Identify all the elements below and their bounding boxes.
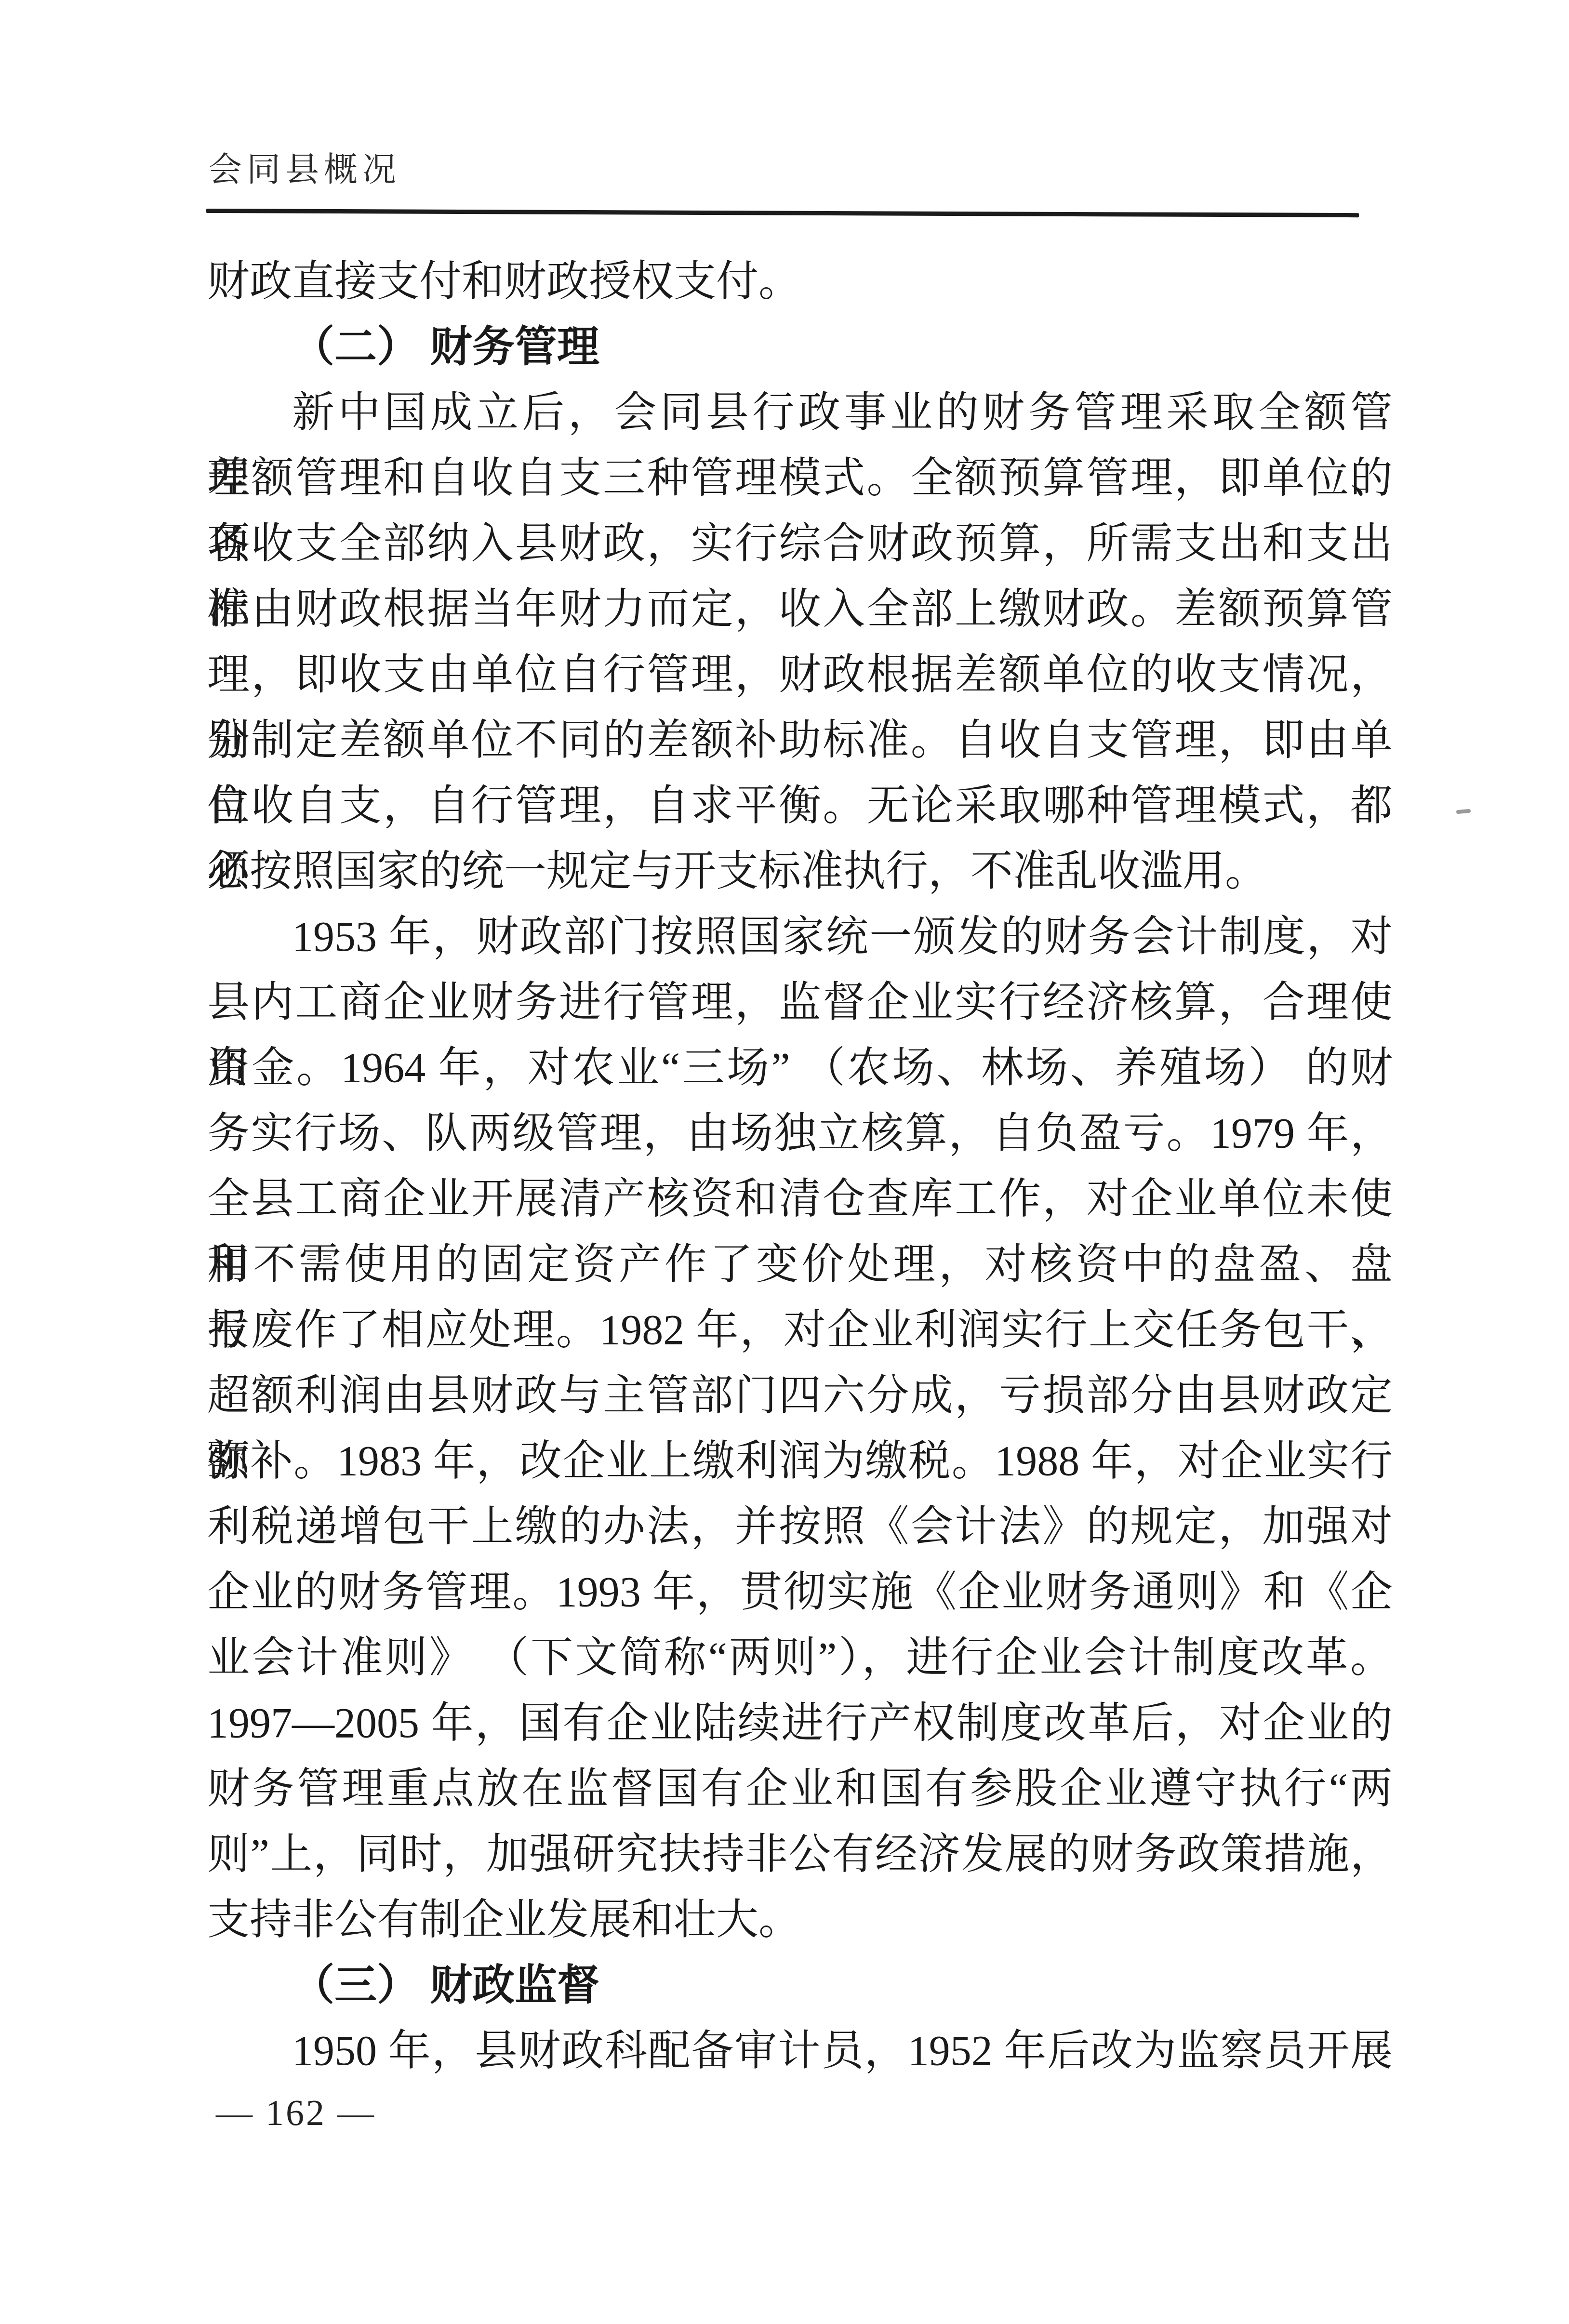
text-line: 全县工商企业开展清产核资和清仓查库工作，对企业单位未使用 [207,1167,1393,1232]
text-line: 利税递增包干上缴的办法，并按照《会计法》的规定，加强对 [207,1494,1393,1560]
body-text: 财政直接支付和财政授权支付。（二） 财务管理新中国成立后，会同县行政事业的财务管… [207,249,1393,2084]
text-line: 则”上，同时，加强研究扶持非公有经济发展的财务政策措施， [207,1822,1393,1887]
text-line: 1950 年，县财政科配备审计员，1952 年后改为监察员开展 [207,2019,1393,2084]
text-line: 别制定差额单位不同的差额补助标准。自收自支管理，即由单位 [207,708,1393,773]
text-line: 差额管理和自收自支三种管理模式。全额预算管理，即单位的各 [207,446,1393,511]
page-number: — 162 — [216,2092,376,2134]
text-line: 项收支全部纳入县财政，实行综合财政预算，所需支出和支出标 [207,511,1393,577]
text-line: 自收自支，自行管理，自求平衡。无论采取哪种管理模式，都必 [207,773,1393,839]
text-line: 弥补。1983 年，改企业上缴利润为缴税。1988 年，对企业实行 [207,1429,1393,1494]
text-line: 企业的财务管理。1993 年，贯彻实施《企业财务通则》和《企 [207,1560,1393,1625]
text-line: 理，即收支由单位自行管理，财政根据差额单位的收支情况，分 [207,642,1393,708]
text-line: 1997—2005 年，国有企业陆续进行产权制度改革后，对企业的 [207,1691,1393,1756]
text-line: 新中国成立后，会同县行政事业的财务管理采取全额管理、 [207,380,1393,446]
text-line: 1953 年，财政部门按照国家统一颁发的财务会计制度，对 [207,904,1393,970]
text-line: 超额利润由县财政与主管部门四六分成，亏损部分由县财政定额 [207,1363,1393,1429]
header-rule [206,209,1359,217]
section-heading: （三） 财政监督 [207,1953,1393,2019]
text-line: 准由财政根据当年财力而定，收入全部上缴财政。差额预算管 [207,577,1393,642]
text-line: 财政直接支付和财政授权支付。 [207,249,1393,315]
text-line: 资金。1964 年，对农业“三场” （农场、林场、养殖场） 的财 [207,1036,1393,1101]
text-line: 须按照国家的统一规定与开支标准执行，不准乱收滥用。 [207,839,1393,904]
text-line: 务实行场、队两级管理，由场独立核算，自负盈亏。1979 年， [207,1101,1393,1167]
text-line: 支持非公有制企业发展和壮大。 [207,1887,1393,1953]
scanned-book-page: 会同县概况 财政直接支付和财政授权支付。（二） 财务管理新中国成立后，会同县行政… [0,0,1569,2324]
running-header: 会同县概况 [208,152,401,189]
text-line: 业会计准则》 （下文简称“两则”），进行企业会计制度改革。 [207,1625,1393,1691]
text-line: 和不需使用的固定资产作了变价处理，对核资中的盘盈、盘亏、 [207,1232,1393,1298]
section-heading: （二） 财务管理 [207,315,1393,380]
text-line: 县内工商企业财务进行管理，监督企业实行经济核算，合理使用 [207,970,1393,1036]
scan-artifact-mark [1456,809,1471,814]
text-line: 财务管理重点放在监督国有企业和国有参股企业遵守执行“两 [207,1756,1393,1822]
text-line: 报废作了相应处理。1982 年，对企业利润实行上交任务包干， [207,1298,1393,1363]
